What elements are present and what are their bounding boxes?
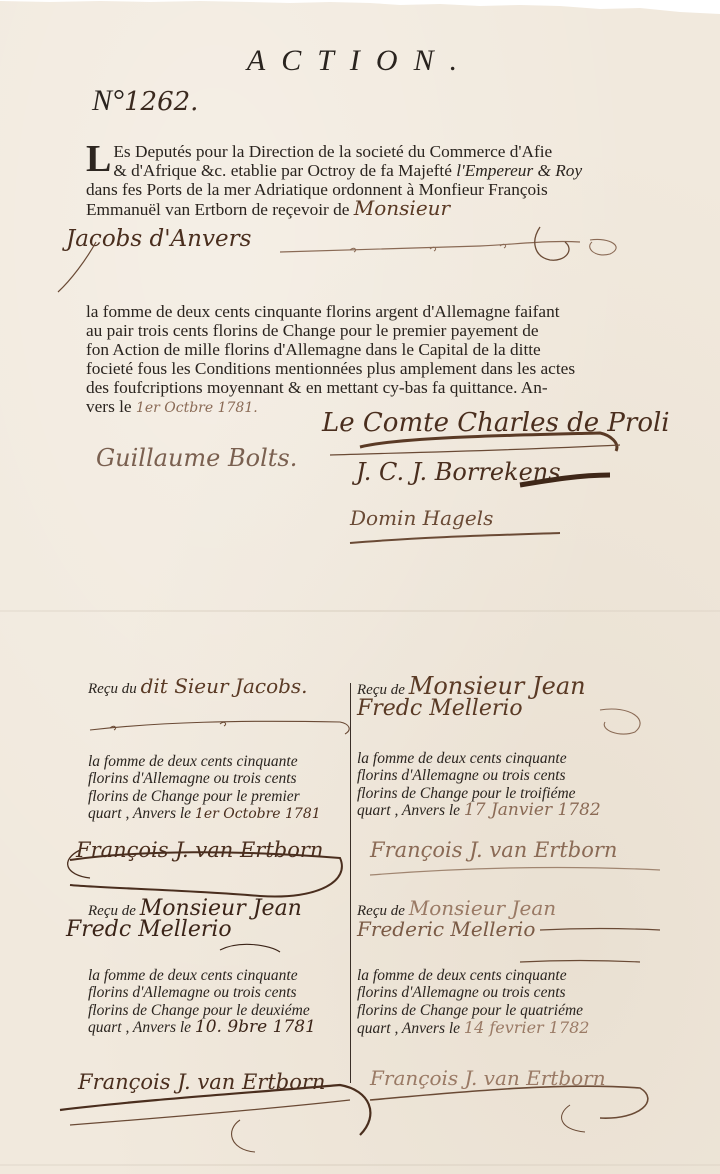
document-title: ACTION. bbox=[0, 44, 720, 78]
paper-fold bbox=[0, 610, 720, 612]
receipt-signature: François J. van Ertborn bbox=[370, 838, 617, 862]
payer-name-2 bbox=[88, 699, 346, 723]
main-line: des foufcriptions moyennant & en mettant… bbox=[86, 378, 632, 397]
intro-paragraph: L Es Deputés pour la Direction de la soc… bbox=[86, 142, 632, 219]
payer-name-2: Fredc Mellerio bbox=[357, 700, 622, 730]
main-line: au pair trois cents florins de Change po… bbox=[86, 321, 632, 340]
receipt-date: 14 fevrier 1782 bbox=[464, 1018, 590, 1037]
receipt-date: 10. 9bre 1781 bbox=[195, 1017, 316, 1037]
intro-line: & d'Afrique &c. etablie par Octroy de fa… bbox=[86, 161, 632, 180]
receipt-third-quarter: Reçu de Monsieur Jean Fredc Mellerio la … bbox=[357, 678, 622, 820]
intro-line: Es Deputés pour la Direction de la socie… bbox=[86, 142, 632, 161]
receipt-first-quarter: Reçu du dit Sieur Jacobs. la fomme de de… bbox=[88, 678, 346, 824]
torn-edge bbox=[0, 0, 720, 16]
ink-flourish bbox=[280, 222, 630, 270]
handwritten-monsieur: Monsieur bbox=[354, 196, 450, 220]
receipt-divider bbox=[350, 683, 351, 1083]
receipt-date: 17 Janvier 1782 bbox=[464, 800, 601, 820]
receipt-signature: François J. van Ertborn bbox=[370, 1066, 606, 1090]
paper-fold bbox=[0, 1164, 720, 1166]
receipt-body: la fomme de deux cents cinquante florins… bbox=[357, 967, 622, 1038]
payer-name: dit Sieur Jacobs. bbox=[141, 674, 308, 698]
intro-line: Emmanuël van Ertborn de reçevoir de Mons… bbox=[86, 199, 632, 219]
signature-flourishes bbox=[320, 425, 650, 565]
main-line: focieté fous les Conditions mentionnées … bbox=[86, 359, 632, 378]
signature-proli: Le Comte Charles de Proli bbox=[322, 408, 670, 438]
receipt-signature: François J. van Ertborn bbox=[78, 1070, 325, 1094]
document-page: ACTION. N°1262. L Es Deputés pour la Dir… bbox=[0, 0, 720, 1174]
signature-bolts: Guillaume Bolts. bbox=[96, 444, 297, 472]
issue-date: 1er Octbre 1781. bbox=[136, 400, 258, 416]
certificate-number: N°1262. bbox=[92, 84, 198, 118]
emperor-text: l'Empereur & Roy bbox=[456, 161, 582, 180]
main-line: fon Action de mille florins d'Allemagne … bbox=[86, 340, 632, 359]
signature-borrekens: J. C. J. Borrekens bbox=[356, 458, 561, 486]
receipt-fourth-quarter: Reçu de Monsieur Jean Frederic Mellerio … bbox=[357, 900, 622, 1038]
payer-name-2: Fredc Mellerio bbox=[66, 921, 346, 951]
receipt-payer: Reçu du dit Sieur Jacobs. bbox=[88, 678, 346, 699]
receipt-date: 1er Octobre 1781 bbox=[195, 806, 321, 822]
number-value: 1262. bbox=[124, 87, 198, 117]
receipt-body: la fomme de deux cents cinquante florins… bbox=[88, 967, 346, 1037]
receipt-body: la fomme de deux cents cinquante florins… bbox=[357, 750, 622, 820]
receipt-second-quarter: Reçu de Monsieur Jean Fredc Mellerio la … bbox=[88, 900, 346, 1037]
drop-cap: L bbox=[86, 144, 111, 174]
handwritten-payer-name: Jacobs d'Anvers bbox=[66, 226, 251, 252]
main-line: la fomme de deux cents cinquante florins… bbox=[86, 302, 632, 321]
number-prefix: N° bbox=[92, 84, 124, 117]
receipt-body: la fomme de deux cents cinquante florins… bbox=[88, 753, 346, 824]
main-paragraph: la fomme de deux cents cinquante florins… bbox=[86, 302, 632, 418]
payer-name-2: Frederic Mellerio bbox=[357, 921, 622, 951]
signature-hagels: Domin Hagels bbox=[350, 506, 493, 530]
receipt-signature: François J. van Ertborn bbox=[76, 838, 323, 862]
